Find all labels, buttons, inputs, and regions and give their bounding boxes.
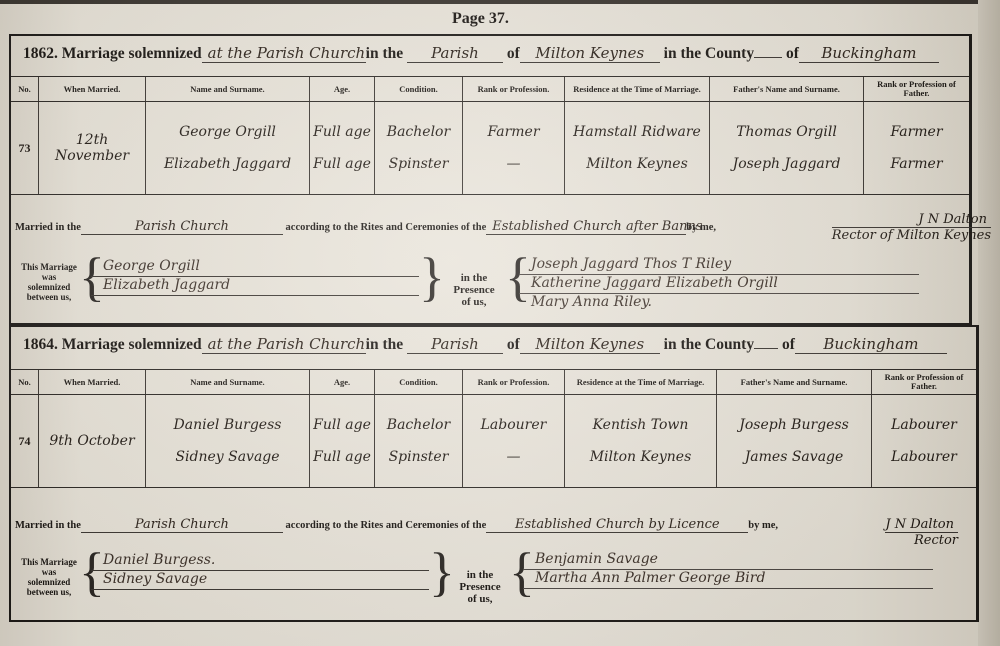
label-married-in: Married in the bbox=[15, 520, 81, 531]
witness-line: Benjamin Savage bbox=[523, 551, 933, 570]
groom-father-rank: Farmer bbox=[890, 124, 942, 140]
bride-residence: Milton Keynes bbox=[586, 156, 688, 172]
col-no: No. bbox=[11, 370, 39, 394]
groom-signature: Daniel Burgess. bbox=[91, 552, 429, 571]
witness-signatures: Joseph Jaggard Thos T Riley Katherine Ja… bbox=[519, 256, 919, 312]
married-in-field: Parish Church bbox=[81, 219, 283, 235]
table-row: 73 12th November George Orgill Elizabeth… bbox=[11, 102, 969, 195]
residence-cell: Kentish Town Milton Keynes bbox=[565, 395, 717, 487]
entry-number: 74 bbox=[11, 395, 39, 487]
father-rank-cell: Farmer Farmer bbox=[864, 102, 969, 194]
groom-residence: Hamstall Ridware bbox=[573, 124, 701, 140]
groom-condition: Bachelor bbox=[387, 124, 450, 140]
officiant-name: J N Dalton bbox=[832, 212, 991, 228]
rank-cell: Labourer — bbox=[463, 395, 565, 487]
bride-condition: Spinster bbox=[389, 449, 449, 465]
marriage-entry-73: 1862. Marriage solemnized at the Parish … bbox=[9, 34, 972, 325]
bride-father: Joseph Jaggard bbox=[733, 156, 841, 172]
bride-signature: Sidney Savage bbox=[91, 571, 429, 590]
presence-label: in the Presence of us, bbox=[449, 569, 511, 605]
officiant-title: Rector of Milton Keynes bbox=[832, 228, 991, 243]
groom-residence: Kentish Town bbox=[593, 417, 689, 433]
father-rank-cell: Labourer Labourer bbox=[872, 395, 976, 487]
bride-father-rank: Farmer bbox=[890, 156, 942, 172]
label-line: This Marriage bbox=[13, 262, 85, 272]
rank-cell: Farmer — bbox=[463, 102, 565, 194]
col-condition: Condition. bbox=[375, 77, 463, 101]
condition-cell: Bachelor Spinster bbox=[375, 102, 463, 194]
entry-table: No. When Married. Name and Surname. Age.… bbox=[11, 369, 976, 488]
label-line: of us, bbox=[449, 593, 511, 605]
father-cell: Joseph Burgess James Savage bbox=[717, 395, 872, 487]
col-when: When Married. bbox=[39, 77, 146, 101]
label-marriage-solemnized: Marriage solemnized bbox=[62, 45, 202, 63]
label-of: of bbox=[786, 45, 799, 63]
entry-year: 1862. bbox=[23, 45, 58, 63]
page-edge bbox=[978, 0, 1000, 646]
label-of: of bbox=[507, 45, 520, 63]
right-brace: } bbox=[419, 250, 445, 304]
col-age: Age. bbox=[310, 77, 375, 101]
label-by-me: by me, bbox=[748, 520, 778, 531]
married-in-line: Married in the Parish Church according t… bbox=[15, 219, 963, 235]
residence-cell: Hamstall Ridware Milton Keynes bbox=[565, 102, 710, 194]
groom-father: Joseph Burgess bbox=[739, 417, 849, 433]
names-cell: George Orgill Elizabeth Jaggard bbox=[146, 102, 310, 194]
condition-cell: Bachelor Spinster bbox=[375, 395, 463, 487]
label-line: of us, bbox=[443, 296, 505, 308]
parish-word-field: Parish bbox=[407, 335, 503, 354]
table-header: No. When Married. Name and Surname. Age.… bbox=[11, 370, 976, 395]
entry-title: 1862. Marriage solemnized at the Parish … bbox=[23, 44, 959, 70]
table-row: 74 9th October Daniel Burgess Sidney Sav… bbox=[11, 395, 976, 488]
bride-father-rank: Labourer bbox=[891, 449, 957, 465]
presence-label: in the Presence of us, bbox=[443, 272, 505, 308]
officiant-title: Rector bbox=[914, 533, 958, 548]
label-line: solemnized bbox=[13, 577, 85, 587]
col-residence: Residence at the Time of Marriage. bbox=[565, 370, 717, 394]
label-in-the: in the bbox=[366, 336, 403, 354]
label-line: in the bbox=[443, 272, 505, 284]
names-cell: Daniel Burgess Sidney Savage bbox=[146, 395, 310, 487]
label-line: Presence bbox=[443, 284, 505, 296]
groom-signature: George Orgill bbox=[91, 258, 419, 277]
married-in-field: Parish Church bbox=[81, 517, 283, 533]
rites-field: Established Church by Licence bbox=[486, 517, 748, 533]
witness-line: Joseph Jaggard Thos T Riley bbox=[519, 256, 919, 275]
label-by-me: by me, bbox=[686, 222, 716, 233]
parish-word-field: Parish bbox=[407, 44, 503, 63]
register-page: Page 37. 1862. Marriage solemnized at th… bbox=[0, 0, 1000, 646]
col-no: No. bbox=[11, 77, 39, 101]
witness-signatures: Benjamin Savage Martha Ann Palmer George… bbox=[523, 551, 933, 589]
bride-name: Elizabeth Jaggard bbox=[164, 156, 291, 172]
entry-table: No. When Married. Name and Surname. Age.… bbox=[11, 76, 969, 195]
groom-age: Full age bbox=[313, 124, 371, 140]
officiant-signature: J N Dalton Rector of Milton Keynes bbox=[832, 212, 991, 243]
witness-line: Martha Ann Palmer George Bird bbox=[523, 570, 933, 589]
bride-condition: Spinster bbox=[389, 156, 449, 172]
bride-age: Full age bbox=[313, 156, 371, 172]
col-father: Father's Name and Surname. bbox=[717, 370, 872, 394]
date-married: 12th November bbox=[39, 102, 146, 194]
couple-signatures: George Orgill Elizabeth Jaggard bbox=[91, 258, 419, 296]
county-gap bbox=[754, 57, 782, 58]
label-of: of bbox=[782, 336, 795, 354]
groom-rank: Labourer bbox=[481, 417, 547, 433]
page-number: Page 37. bbox=[452, 10, 509, 28]
groom-name: Daniel Burgess bbox=[174, 417, 282, 433]
groom-age: Full age bbox=[313, 417, 371, 433]
groom-rank: Farmer bbox=[487, 124, 539, 140]
bride-name: Sidney Savage bbox=[175, 449, 279, 465]
age-cell: Full age Full age bbox=[310, 102, 375, 194]
officiant-name: J N Dalton bbox=[885, 517, 958, 533]
col-when: When Married. bbox=[39, 370, 146, 394]
witness-line: Mary Anna Riley. bbox=[519, 294, 919, 312]
rites-field: Established Church after Banns bbox=[486, 219, 686, 235]
bride-residence: Milton Keynes bbox=[590, 449, 692, 465]
county-field: Buckingham bbox=[799, 44, 939, 63]
col-father-rank: Rank or Profession of Father. bbox=[872, 370, 976, 394]
place-field: at the Parish Church bbox=[202, 44, 366, 63]
col-condition: Condition. bbox=[375, 370, 463, 394]
groom-father-rank: Labourer bbox=[891, 417, 957, 433]
col-father: Father's Name and Surname. bbox=[710, 77, 864, 101]
bride-signature: Elizabeth Jaggard bbox=[91, 277, 419, 296]
bride-father: James Savage bbox=[745, 449, 844, 465]
label-line: between us, bbox=[13, 587, 85, 597]
col-age: Age. bbox=[310, 370, 375, 394]
entry-number: 73 bbox=[11, 102, 39, 194]
groom-condition: Bachelor bbox=[387, 417, 450, 433]
bride-age: Full age bbox=[313, 449, 371, 465]
label-county: in the County bbox=[664, 45, 754, 63]
between-us-label: This Marriage was solemnized between us, bbox=[13, 557, 85, 597]
label-county: in the County bbox=[664, 336, 754, 354]
label-in-the: in the bbox=[366, 45, 403, 63]
label-line: was bbox=[13, 272, 85, 282]
county-field: Buckingham bbox=[795, 335, 947, 354]
col-name: Name and Surname. bbox=[146, 77, 310, 101]
label-married-in: Married in the bbox=[15, 222, 81, 233]
label-line: solemnized bbox=[13, 282, 85, 292]
bride-rank: — bbox=[507, 156, 521, 172]
married-in-line: Married in the Parish Church according t… bbox=[15, 517, 970, 533]
col-rank: Rank or Profession. bbox=[463, 370, 565, 394]
parish-field: Milton Keynes bbox=[520, 44, 660, 63]
col-rank: Rank or Profession. bbox=[463, 77, 565, 101]
entry-title: 1864. Marriage solemnized at the Parish … bbox=[23, 335, 966, 361]
label-line: in the bbox=[449, 569, 511, 581]
scan-edge bbox=[0, 0, 1000, 4]
col-father-rank: Rank or Profession of Father. bbox=[864, 77, 969, 101]
entry-year: 1864. bbox=[23, 336, 58, 354]
age-cell: Full age Full age bbox=[310, 395, 375, 487]
label-of: of bbox=[507, 336, 520, 354]
label-line: This Marriage bbox=[13, 557, 85, 567]
marriage-entry-74: 1864. Marriage solemnized at the Parish … bbox=[9, 325, 979, 622]
label-marriage-solemnized: Marriage solemnized bbox=[62, 336, 202, 354]
witness-line: Katherine Jaggard Elizabeth Orgill bbox=[519, 275, 919, 294]
table-header: No. When Married. Name and Surname. Age.… bbox=[11, 77, 969, 102]
label-according: according to the Rites and Ceremonies of… bbox=[286, 222, 487, 233]
parish-field: Milton Keynes bbox=[520, 335, 660, 354]
place-field: at the Parish Church bbox=[202, 335, 366, 354]
date-married: 9th October bbox=[39, 395, 146, 487]
col-name: Name and Surname. bbox=[146, 370, 310, 394]
groom-name: George Orgill bbox=[179, 124, 276, 140]
officiant-signature: J N Dalton Rector bbox=[885, 517, 958, 548]
label-line: was bbox=[13, 567, 85, 577]
couple-signatures: Daniel Burgess. Sidney Savage bbox=[91, 552, 429, 590]
label-line: between us, bbox=[13, 292, 85, 302]
label-according: according to the Rites and Ceremonies of… bbox=[286, 520, 487, 531]
between-us-label: This Marriage was solemnized between us, bbox=[13, 262, 85, 302]
groom-father: Thomas Orgill bbox=[736, 124, 837, 140]
county-gap bbox=[754, 348, 778, 349]
col-residence: Residence at the Time of Marriage. bbox=[565, 77, 710, 101]
bride-rank: — bbox=[507, 449, 521, 465]
label-line: Presence bbox=[449, 581, 511, 593]
father-cell: Thomas Orgill Joseph Jaggard bbox=[710, 102, 864, 194]
